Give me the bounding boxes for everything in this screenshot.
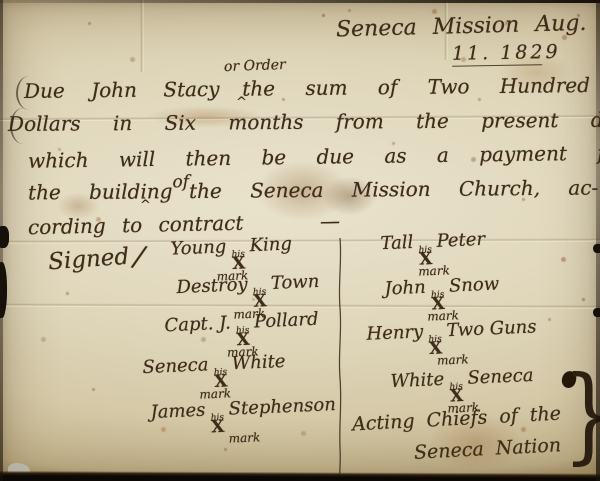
signer-first-name: White (390, 369, 445, 392)
signer-first-name: Capt. J. (164, 312, 231, 336)
signer-last-name: Town (270, 271, 319, 294)
signer-first-name: Young (170, 236, 227, 259)
column-divider-line (334, 238, 346, 481)
signer-first-name: Henry (366, 321, 424, 344)
manuscript-document: Seneca Mission Aug. 11. 1829 or Order ^ … (0, 0, 600, 481)
document-place-date: Seneca Mission Aug. (336, 11, 595, 43)
fold-crease-vertical (140, 0, 144, 72)
signer-last-name: King (249, 233, 292, 256)
paper-edge-shadow-top (0, 0, 600, 3)
document-date: 11. 1829 (452, 41, 542, 67)
signature-row: JameshisXStephenson mark (147, 394, 340, 449)
signature-row: HenryhisXTwo Guns mark (363, 316, 541, 371)
squiggle-line (334, 238, 346, 481)
signed-word: Signed (47, 244, 130, 276)
body-line-3: which will then be due as a payment for (28, 141, 562, 172)
x-mark: X (211, 422, 225, 434)
signer-last-name: Peter (436, 229, 485, 252)
pen-flourish (10, 108, 34, 144)
body-line-1: Due John Stacy the sum of Two Hundred (24, 73, 590, 103)
signer-first-name: Seneca (142, 354, 209, 378)
his-x-mark: hisX (236, 329, 250, 346)
his-x-mark: hisX (419, 248, 433, 265)
signer-first-name: Destroy (176, 274, 248, 298)
signer-last-name: Two Guns (446, 316, 537, 341)
raised-insertion-of: of (172, 172, 189, 196)
closing-dash: — (320, 209, 340, 233)
closing-brace: } (563, 362, 600, 466)
body-line-2: Dollars in Six months from the present d… (8, 108, 560, 136)
his-x-mark: hisX (428, 337, 442, 354)
body-line-1-start: Due John Stacy (24, 77, 220, 103)
signed-flourish: / (132, 239, 146, 273)
paper-edge-shadow-left (0, 0, 3, 481)
signer-last-name: Seneca (467, 365, 534, 389)
signer-last-name: Stephenson (228, 394, 336, 420)
signed-label: Signed/ (47, 237, 145, 277)
insertion-caret: ^ (140, 198, 151, 213)
pen-flourish (16, 76, 40, 110)
his-x-mark: hisX (214, 370, 228, 387)
body-line-4-end: the Seneca Mission Church, ac- (189, 175, 598, 203)
interlinear-insertion-or-order: or Order (224, 57, 286, 75)
signer-first-name: John (384, 277, 426, 300)
signer-first-name: James (150, 400, 206, 423)
his-x-mark: hisX (232, 252, 246, 269)
signer-last-name: White (231, 351, 286, 374)
his-x-mark: hisX (253, 290, 267, 307)
signer-last-name: Pollard (254, 309, 319, 333)
body-line-1-end: the sum of Two Hundred (242, 73, 590, 101)
his-x-mark: hisX (449, 385, 463, 402)
his-x-mark: hisX (431, 293, 445, 310)
body-line-5-text: cording to contract (28, 211, 244, 240)
signature-row: TallhisXPeter mark (377, 229, 490, 281)
paper-edge-shadow-right (596, 0, 600, 481)
signer-first-name: Tall (380, 232, 414, 254)
signer-last-name: Snow (449, 274, 500, 297)
body-line-4: the building of the Seneca Mission Churc… (28, 176, 590, 205)
his-x-mark: hisX (211, 416, 225, 433)
paper-edge-shadow-bottom (0, 471, 600, 481)
